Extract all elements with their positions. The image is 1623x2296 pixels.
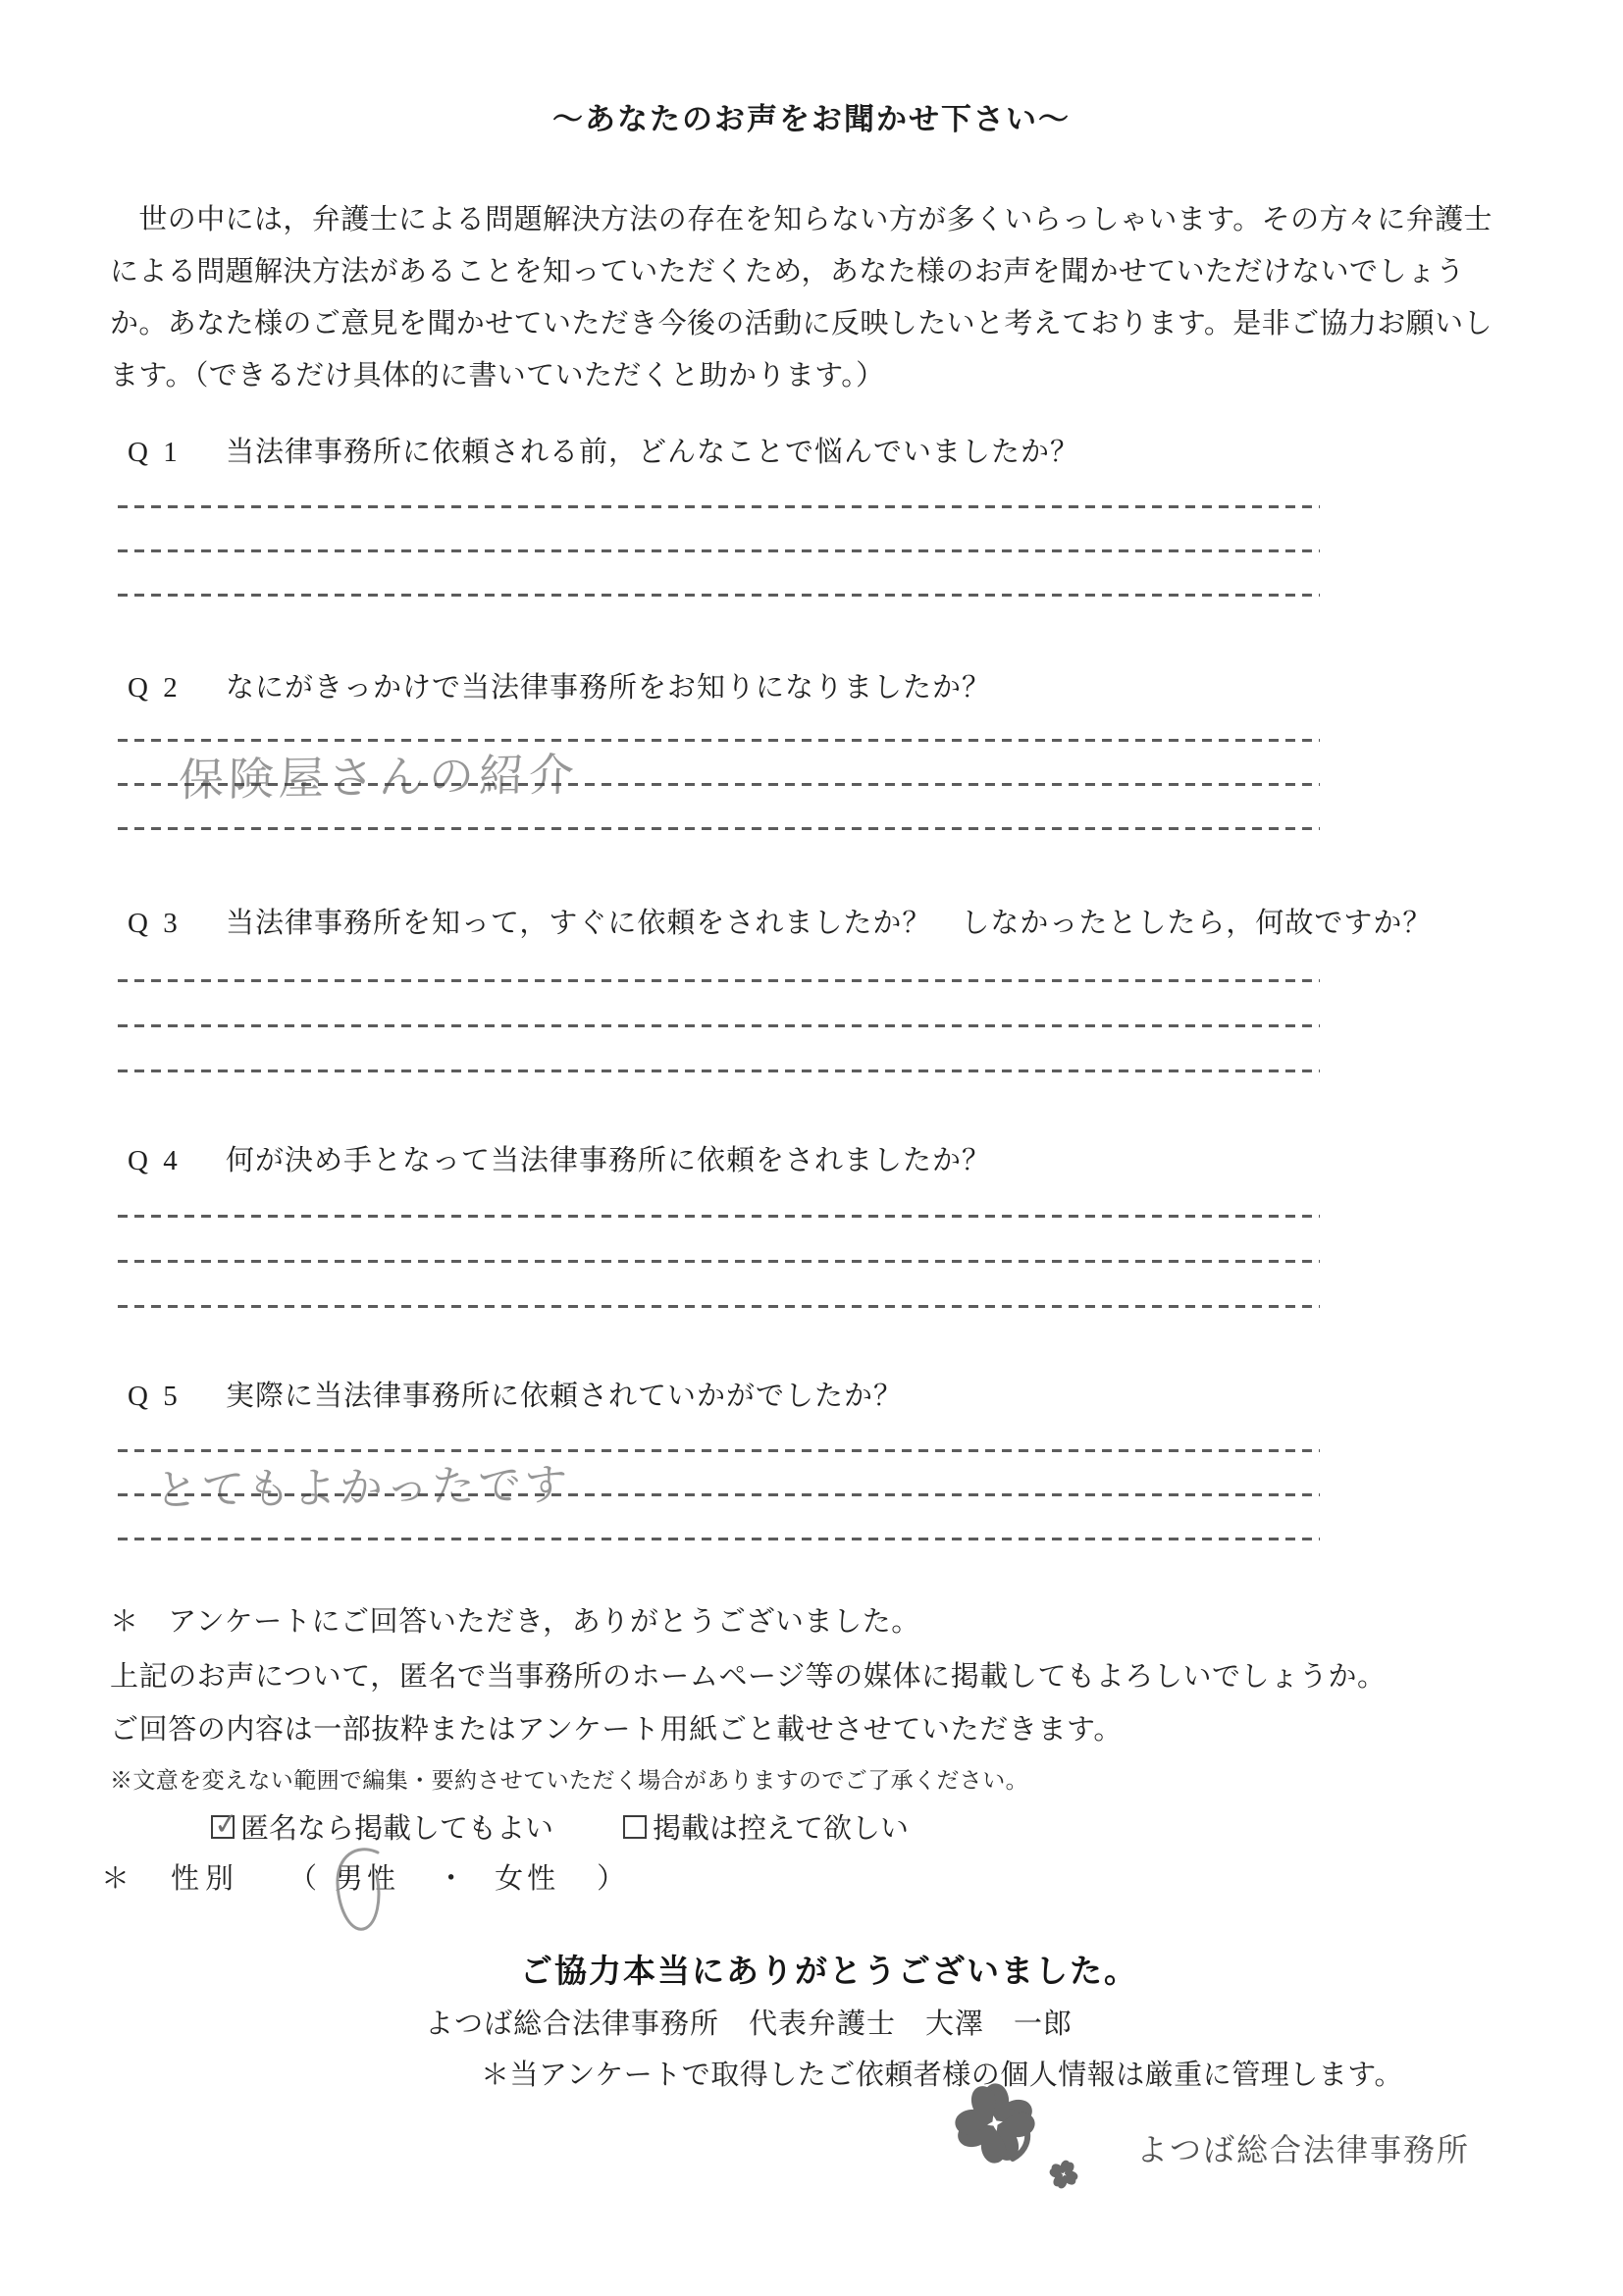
answer-line [118,1305,1320,1308]
questionnaire-page: ～あなたのお声をお聞かせ下さい～ 世の中には，弁護士による問題解決方法の存在を知… [0,0,1623,2296]
answer-line [118,1260,1320,1263]
handwritten-answer-q2: 保険屋さんの紹介 [178,739,579,809]
question-text: 何が決め手となって当法律事務所に依頼をされましたか？ [226,1145,991,1176]
consent-option-yes: ✓ 匿名なら掲載してもよい [211,1806,553,1847]
answer-line [118,1538,1320,1540]
consent-option-no: 掲載は控えて欲しい [623,1806,909,1847]
answer-line [118,1070,1320,1072]
intro-line: ます。（できるだけ具体的に書いていただくと助かります。） [110,350,1508,402]
intro-line: 世の中には，弁護士による問題解決方法の存在を知らない方が多くいらっしゃいます。そ… [110,194,1508,246]
question-label: Q 4 [128,1145,226,1177]
answer-line [118,505,1320,508]
gender-asterisk: ＊ [101,1856,130,1897]
handwritten-answer-q5: とてもよかったです [154,1449,570,1518]
answer-line [118,783,1320,786]
question-block-q3: Q 3当法律事務所を知って，すぐに依頼をされましたか？ しなかったとしたら，何故… [128,901,1432,941]
answer-line [118,739,1320,742]
logo-text: よつば総合法律事務所 [1136,2125,1470,2170]
intro-line: による問題解決方法があることを知っていただくため，あなた様のお声を聞かせていただ… [110,246,1508,298]
answer-line [118,1215,1320,1218]
answer-line [118,1449,1320,1452]
question-text: 当法律事務所に依頼される前，どんなことで悩んでいましたか？ [226,437,1079,468]
page-title: ～あなたのお声をお聞かせ下さい～ [0,94,1623,138]
question-label: Q 1 [128,437,226,469]
clover-logo-icon [940,2070,1097,2208]
intro-line: か。あなた様のご意見を聞かせていただき今後の活動に反映したいと考えております。是… [110,298,1508,350]
answer-line [118,549,1320,552]
question-label: Q 5 [128,1381,226,1413]
answer-line [118,1493,1320,1496]
consent-no-label: 掲載は控えて欲しい [653,1806,909,1847]
question-block-q4: Q 4何が決め手となって当法律事務所に依頼をされましたか？ [128,1138,991,1178]
answer-line [118,1024,1320,1027]
gender-female: 女性 [495,1856,559,1897]
consent-yes-label: 匿名なら掲載してもよい [240,1806,553,1847]
gender-label: 性別 [171,1856,239,1897]
answer-line [118,594,1320,597]
closing-thanks: ご協力本当にありがとうございました。 [520,1946,1138,1992]
survey-thanks-note: ＊ アンケートにご回答いただき，ありがとうございました。 [110,1599,920,1640]
gender-separator: ・ [437,1856,465,1897]
answer-line [118,827,1320,830]
question-text: なにがきっかけで当法律事務所をお知りになりましたか？ [226,672,991,704]
gender-male: 男性 [335,1856,399,1897]
question-block-q2: Q 2なにがきっかけで当法律事務所をお知りになりましたか？ [128,665,991,705]
paren-open: （ [288,1856,317,1897]
question-block-q5: Q 5実際に当法律事務所に依頼されていかがでしたか？ [128,1374,903,1414]
question-text: 実際に当法律事務所に依頼されていかがでしたか？ [226,1381,903,1412]
paren-close: ） [597,1856,625,1897]
check-mark-icon: ✓ [212,1805,240,1842]
gender-row: ＊ 性別 （ 男性 ・ 女性 ） [101,1856,625,1897]
answer-line [118,979,1320,982]
publish-request-line-2: ご回答の内容は一部抜粋またはアンケート用紙ごと載せさせていただきます。 [110,1707,1123,1748]
office-signature: よつば総合法律事務所 代表弁護士 大澤 一郎 [425,2002,1073,2042]
question-text: 当法律事務所を知って，すぐに依頼をされましたか？ しなかったとしたら，何故ですか… [226,908,1432,939]
checkbox-empty-icon [623,1815,647,1839]
question-block-q1: Q 1当法律事務所に依頼される前，どんなことで悩んでいましたか？ [128,430,1079,470]
question-label: Q 3 [128,908,226,940]
publish-request-line-1: 上記のお声について，匿名で当事務所のホームページ等の媒体に掲載してもよろしいでし… [110,1654,1387,1695]
intro-paragraph: 世の中には，弁護士による問題解決方法の存在を知らない方が多くいらっしゃいます。そ… [110,194,1508,402]
question-label: Q 2 [128,672,226,704]
checkbox-checked-icon: ✓ [211,1815,235,1839]
edit-note: ※文意を変えない範囲で編集・要約させていただく場合がありますのでご了承ください。 [110,1762,1028,1795]
